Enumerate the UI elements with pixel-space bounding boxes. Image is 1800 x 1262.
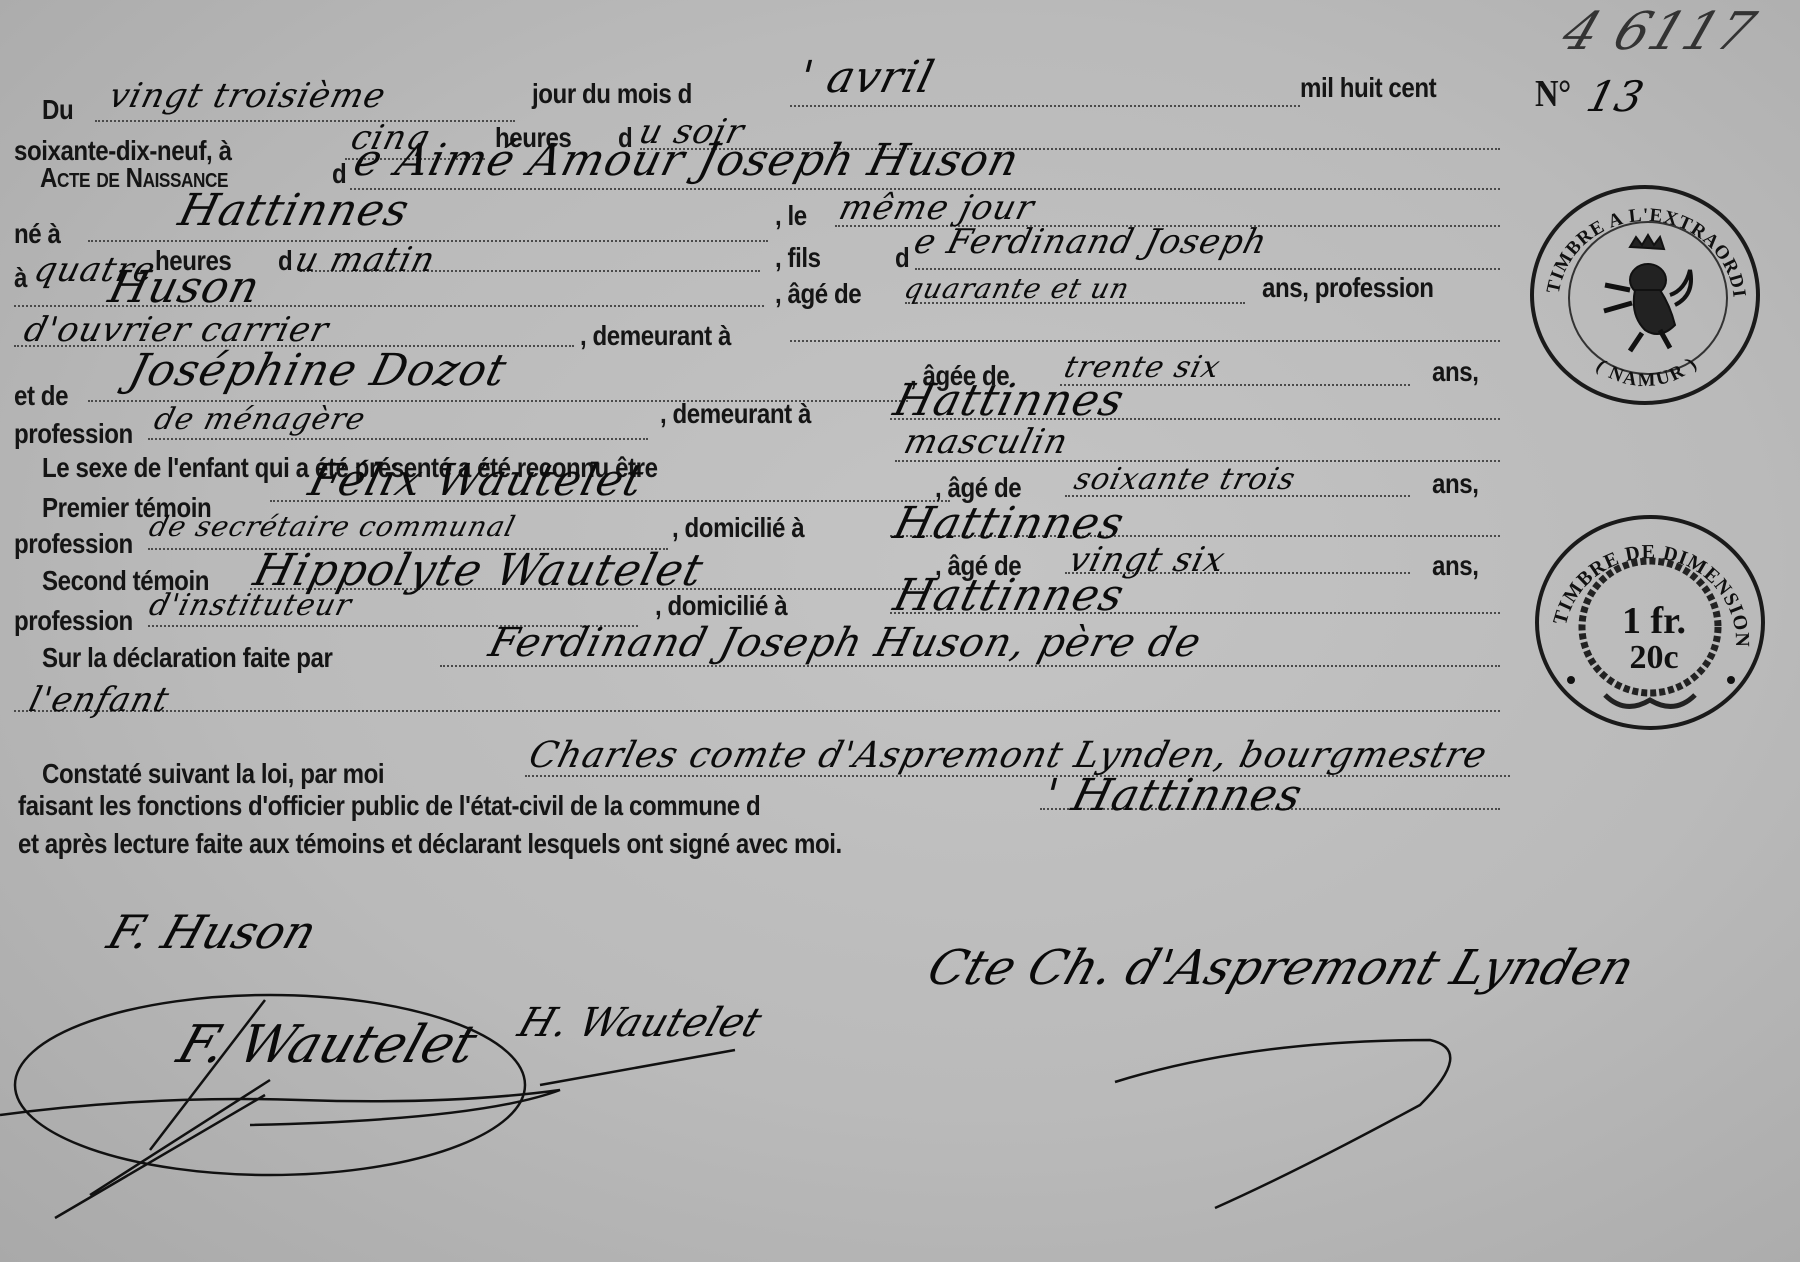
birth-certificate-page: 4 6117 N° 13 Du vingt troisième jour du … [0, 0, 1800, 1262]
signature-flourishes [0, 0, 1800, 1262]
